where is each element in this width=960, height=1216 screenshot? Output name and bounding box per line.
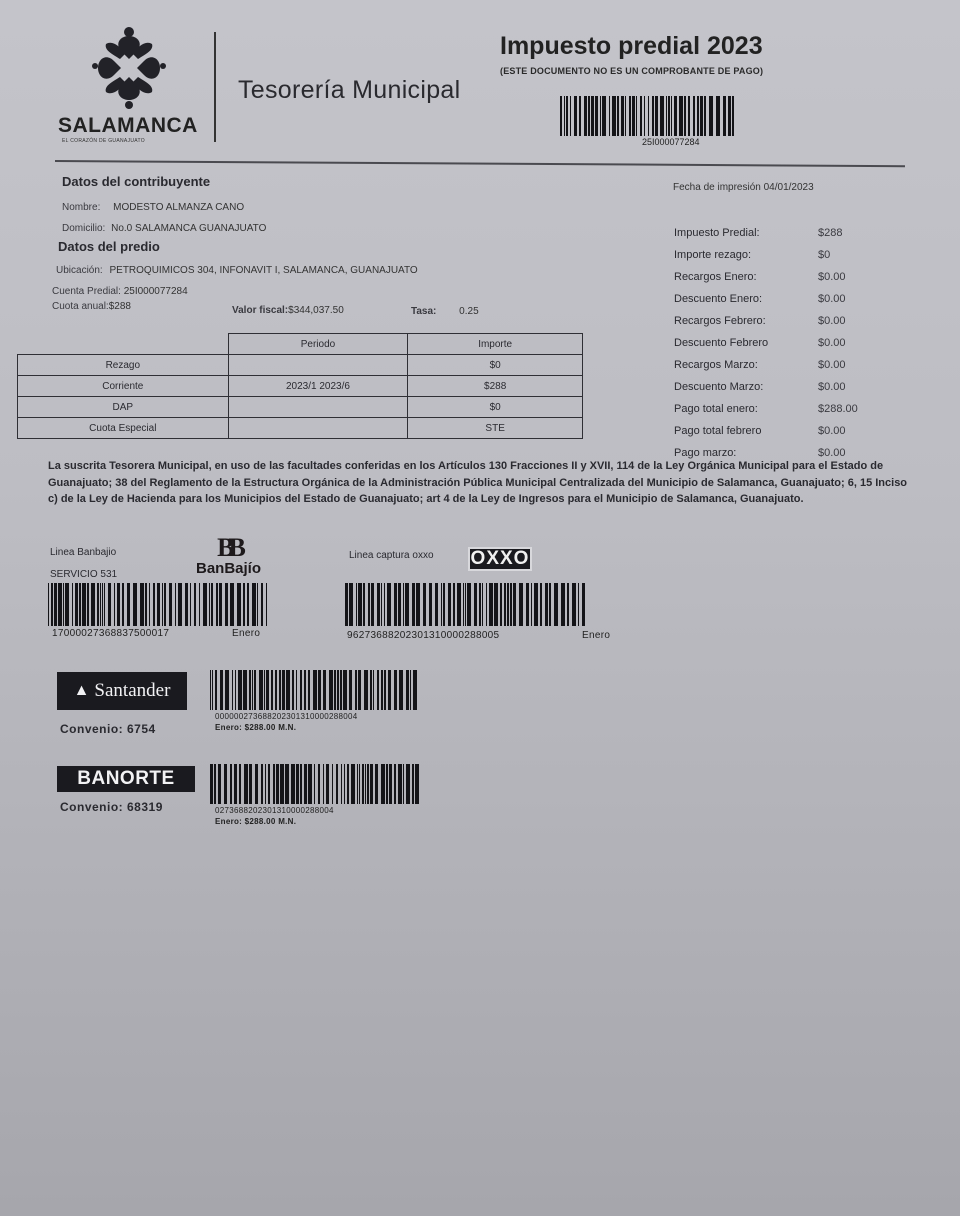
summary-row: Impuesto Predial:$288 — [674, 222, 874, 244]
banorte-logo: BANORTE — [57, 766, 195, 792]
cell-amount: $0 — [408, 355, 583, 376]
banorte-convenio: Convenio: 68319 — [60, 800, 163, 814]
header-rule — [55, 160, 905, 167]
taxpayer-name: MODESTO ALMANZA CANO — [113, 202, 244, 213]
banbajio-month: Enero — [232, 628, 260, 639]
table-row: DAP$0 — [18, 397, 583, 418]
fiscal-value-label: Valor fiscal: — [232, 305, 288, 316]
cell-amount: $288 — [408, 376, 583, 397]
taxpayer-section-title: Datos del contribuyente — [62, 174, 210, 189]
cell-period — [228, 397, 408, 418]
periods-table-header: Periodo Importe — [18, 334, 583, 355]
summary-value: $0.00 — [818, 315, 846, 327]
santander-amount: Enero: $288.00 M.N. — [215, 723, 296, 732]
location-label: Ubicación: — [56, 265, 103, 276]
banorte-logo-text: BANORTE — [77, 768, 174, 790]
summary-label: Descuento Marzo: — [674, 381, 818, 393]
payment-summary: Impuesto Predial:$288Importe rezago:$0Re… — [674, 222, 874, 464]
account-barcode-number: 25I000077284 — [642, 137, 700, 147]
cell-amount: $0 — [408, 397, 583, 418]
address-label: Domicilio: — [62, 223, 105, 234]
header-divider — [214, 32, 216, 142]
salamanca-logo-icon — [92, 26, 166, 110]
table-corner — [18, 334, 229, 355]
summary-value: $288 — [818, 227, 842, 239]
summary-value: $0 — [818, 249, 830, 261]
cell-concept: Corriente — [18, 376, 229, 397]
summary-row: Descuento Febrero$0.00 — [674, 332, 874, 354]
taxpayer-address-row: Domicilio: No.0 SALAMANCA GUANAJUATO — [62, 223, 266, 234]
summary-row: Descuento Marzo:$0.00 — [674, 376, 874, 398]
santander-flame-icon: ▲ — [74, 682, 90, 700]
summary-label: Importe rezago: — [674, 249, 818, 261]
print-date-value: 04/01/2023 — [764, 182, 814, 193]
santander-convenio: Convenio: 6754 — [60, 722, 156, 736]
print-date-label: Fecha de impresión — [673, 182, 761, 193]
column-header-period: Periodo — [228, 334, 408, 355]
cell-concept: Cuota Especial — [18, 418, 229, 439]
summary-value: $0.00 — [818, 293, 846, 305]
summary-label: Pago total febrero — [674, 425, 818, 437]
property-location-row: Ubicación: PETROQUIMICOS 304, INFONAVIT … — [56, 265, 418, 276]
banbajio-reference: 17000027368837500017 — [52, 628, 169, 639]
oxxo-reference: 9627368820230131000028800­5 — [347, 630, 499, 641]
banbajio-barcode — [48, 583, 312, 626]
municipality-name: SALAMANCA — [58, 114, 198, 138]
rate-value: 0.25 — [459, 306, 478, 317]
property-location: PETROQUIMICOS 304, INFONAVIT I, SALAMANC… — [109, 265, 417, 276]
name-label: Nombre: — [62, 202, 100, 213]
santander-barcode — [210, 670, 428, 710]
summary-row: Pago total febrero$0.00 — [674, 420, 874, 442]
summary-row: Pago total enero:$288.00 — [674, 398, 874, 420]
legal-text: La suscrita Tesorera Municipal, en uso d… — [48, 458, 908, 508]
print-date: Fecha de impresión 04/01/2023 — [673, 182, 814, 193]
annual-fee-label: Cuota anual: — [52, 301, 109, 312]
account-row: Cuenta Predial: 25I000077284 — [52, 286, 188, 297]
santander-logo-text: Santander — [94, 680, 170, 702]
banorte-barcode — [210, 764, 428, 804]
account-number: 25I000077284 — [124, 286, 188, 297]
cell-period: 2023/1 2023/6 — [228, 376, 408, 397]
cell-concept: DAP — [18, 397, 229, 418]
banorte-reference: 027368820230131000028800­4 — [215, 806, 334, 815]
office-name: Tesorería Municipal — [238, 76, 460, 105]
oxxo-barcode — [345, 583, 617, 626]
cell-concept: Rezago — [18, 355, 229, 376]
summary-label: Recargos Febrero: — [674, 315, 818, 327]
summary-label: Descuento Febrero — [674, 337, 818, 349]
annual-fee: $288 — [109, 301, 131, 312]
summary-row: Descuento Enero:$0.00 — [674, 288, 874, 310]
taxpayer-address: No.0 SALAMANCA GUANAJUATO — [111, 223, 266, 234]
summary-value: $288.00 — [818, 403, 858, 415]
santander-logo: ▲ Santander — [57, 672, 187, 710]
summary-label: Pago total enero: — [674, 403, 818, 415]
summary-row: Recargos Marzo:$0.00 — [674, 354, 874, 376]
taxpayer-name-row: Nombre: MODESTO ALMANZA CANO — [62, 202, 244, 213]
oxxo-label: Linea captura oxxo — [349, 550, 434, 561]
rate-label: Tasa: — [411, 306, 436, 317]
cell-amount: STE — [408, 418, 583, 439]
banbajio-logo: BB BanBajío — [196, 536, 261, 577]
summary-value: $0.00 — [818, 359, 846, 371]
fiscal-value-row: Valor fiscal:$344,037.50 — [232, 305, 344, 316]
document-title: Impuesto predial 2023 — [500, 32, 763, 61]
summary-value: $0.00 — [818, 425, 846, 437]
summary-label: Recargos Enero: — [674, 271, 818, 283]
summary-value: $0.00 — [818, 337, 846, 349]
banbajio-service: SERVICIO 531 — [50, 569, 117, 580]
santander-reference: 000000273688202301310000288004 — [215, 712, 357, 721]
document-disclaimer: (ESTE DOCUMENTO NO ES UN COMPROBANTE DE … — [500, 66, 763, 76]
summary-value: $0.00 — [818, 381, 846, 393]
banbajio-label: Linea Banbajio — [50, 547, 116, 558]
summary-value: $0.00 — [818, 271, 846, 283]
account-label: Cuenta Predial: — [52, 286, 121, 297]
oxxo-logo: OXXO — [468, 547, 532, 571]
summary-row: Recargos Febrero:$0.00 — [674, 310, 874, 332]
annual-fee-row: Cuota anual:$288 — [52, 301, 131, 312]
periods-table: Periodo Importe Rezago$0Corriente2023/1 … — [17, 333, 583, 439]
table-row: Cuota EspecialSTE — [18, 418, 583, 439]
account-barcode — [560, 96, 796, 136]
table-row: Corriente2023/1 2023/6$288 — [18, 376, 583, 397]
table-row: Rezago$0 — [18, 355, 583, 376]
summary-row: Recargos Enero:$0.00 — [674, 266, 874, 288]
column-header-amount: Importe — [408, 334, 583, 355]
rate-row: Tasa: 0.25 — [411, 306, 479, 317]
property-section-title: Datos del predio — [58, 239, 160, 254]
oxxo-month: Enero — [582, 630, 610, 641]
cell-period — [228, 418, 408, 439]
banorte-amount: Enero: $288.00 M.N. — [215, 817, 296, 826]
municipality-tagline: EL CORAZÓN DE GUANAJUATO — [62, 138, 145, 144]
summary-label: Recargos Marzo: — [674, 359, 818, 371]
cell-period — [228, 355, 408, 376]
summary-label: Impuesto Predial: — [674, 227, 818, 239]
summary-label: Descuento Enero: — [674, 293, 818, 305]
banbajio-logo-text: BanBajío — [196, 560, 261, 577]
banbajio-mark-icon: BB — [196, 536, 261, 560]
fiscal-value: $344,037.50 — [288, 305, 344, 316]
summary-row: Importe rezago:$0 — [674, 244, 874, 266]
